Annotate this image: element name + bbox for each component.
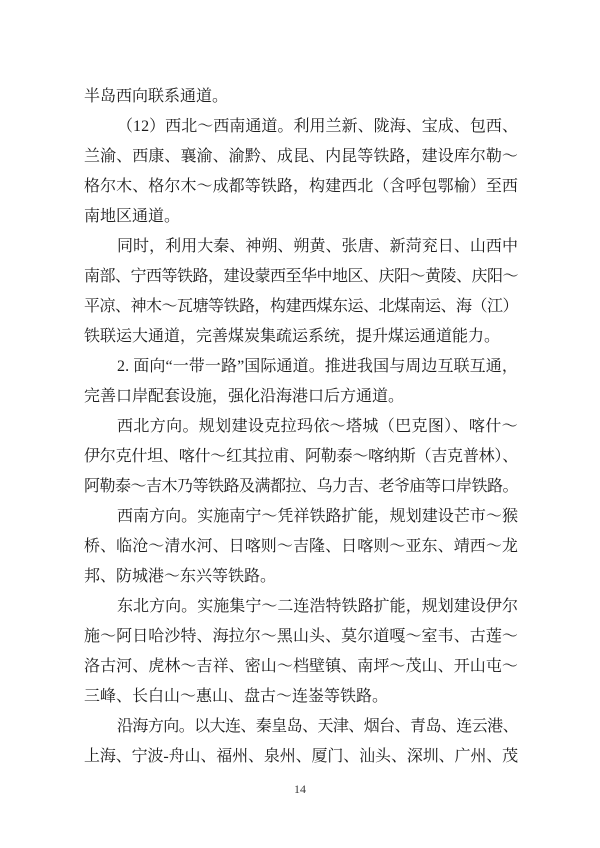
text-line: 平凉、神木～瓦塘等铁路，构建西煤东运、北煤南运、海（江）	[84, 292, 518, 322]
document-page: 半岛西向联系通道。（12）西北～西南通道。利用兰新、陇海、宝成、包西、兰渝、西康…	[0, 0, 600, 848]
text-line: 铁联运大通道，完善煤炭集疏运系统，提升煤运通道能力。	[84, 322, 518, 352]
document-body: 半岛西向联系通道。（12）西北～西南通道。利用兰新、陇海、宝成、包西、兰渝、西康…	[84, 82, 518, 772]
text-line: 伊尔克什坦、喀什～红其拉甫、阿勒泰～喀纳斯（吉克普林）、	[84, 442, 518, 472]
text-line: 西北方向。规划建设克拉玛依～塔城（巴克图）、喀什～	[84, 412, 518, 442]
text-line: 邦、防城港～东兴等铁路。	[84, 562, 518, 592]
page-number: 14	[0, 782, 600, 797]
text-line: 南地区通道。	[84, 202, 518, 232]
text-line: 完善口岸配套设施，强化沿海港口后方通道。	[84, 382, 518, 412]
text-line: 格尔木、格尔木～成都等铁路，构建西北（含呼包鄂榆）至西	[84, 172, 518, 202]
text-line: 洛古河、虎林～吉祥、密山～档壁镇、南坪～茂山、开山屯～	[84, 652, 518, 682]
text-line: 三峰、长白山～惠山、盘古～连崟等铁路。	[84, 682, 518, 712]
text-line: 2. 面向“一带一路”国际通道。推进我国与周边互联互通，	[84, 352, 518, 382]
text-line: 兰渝、西康、襄渝、渝黔、成昆、内昆等铁路，建设库尔勒～	[84, 142, 518, 172]
text-line: 西南方向。实施南宁～凭祥铁路扩能，规划建设芒市～猴	[84, 502, 518, 532]
text-line: 上海、宁波-舟山、福州、泉州、厦门、汕头、深圳、广州、茂	[84, 742, 518, 772]
text-line: （12）西北～西南通道。利用兰新、陇海、宝成、包西、	[84, 112, 518, 142]
text-line: 沿海方向。以大连、秦皇岛、天津、烟台、青岛、连云港、	[84, 712, 518, 742]
text-line: 桥、临沧～清水河、日喀则～吉隆、日喀则～亚东、靖西～龙	[84, 532, 518, 562]
text-line: 南部、宁西等铁路，建设蒙西至华中地区、庆阳～黄陵、庆阳～	[84, 262, 518, 292]
text-line: 阿勒泰～吉木乃等铁路及满都拉、乌力吉、老爷庙等口岸铁路。	[84, 472, 518, 502]
text-line: 施～阿日哈沙特、海拉尔～黑山头、莫尔道嘎～室韦、古莲～	[84, 622, 518, 652]
text-line: 同时，利用大秦、神朔、朔黄、张唐、新菏兖日、山西中	[84, 232, 518, 262]
text-line: 东北方向。实施集宁～二连浩特铁路扩能，规划建设伊尔	[84, 592, 518, 622]
text-line: 半岛西向联系通道。	[84, 82, 518, 112]
